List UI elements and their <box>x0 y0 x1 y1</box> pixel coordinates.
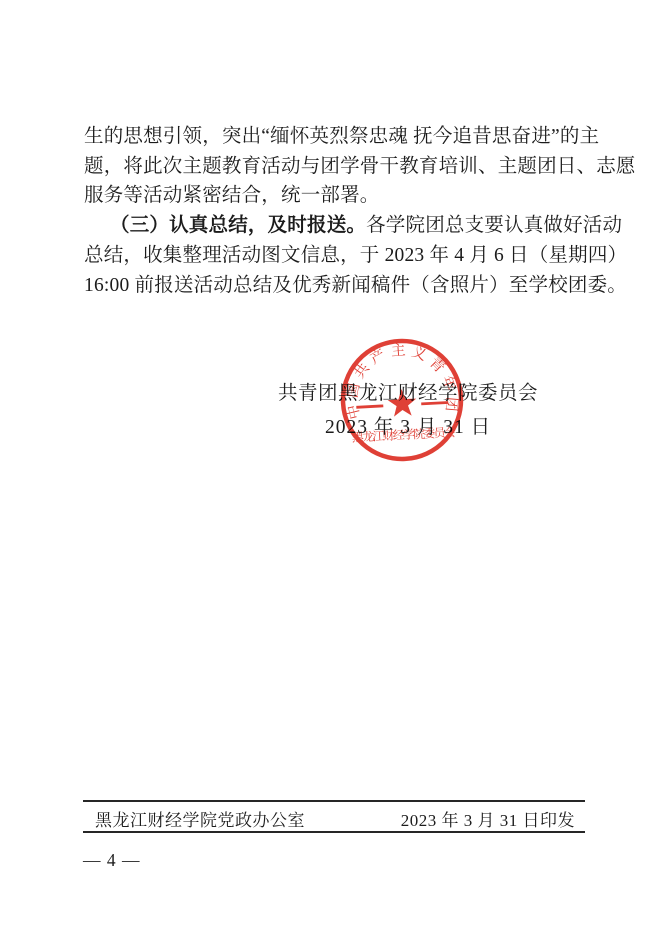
paragraph-lead-rest: 各学院团总支要认真做好活动 <box>366 215 622 236</box>
footer-divider-bottom <box>83 831 585 833</box>
footer-divider-top <box>83 800 585 802</box>
footer-imprint-row: 黑龙江财经学院党政办公室 2023 年 3 月 31 日印发 <box>83 806 585 830</box>
footer-print-date: 2023 年 3 月 31 日印发 <box>401 806 585 831</box>
document-body: 生的思想引领，突出“缅怀英烈祭忠魂 抚今追昔思奋进”的主 题，将此次主题教育活动… <box>84 122 594 300</box>
body-line-paragraph-lead: （三）认真总结，及时报送。各学院团总支要认真做好活动 <box>84 211 594 241</box>
body-line: 总结，收集整理活动图文信息，于 2023 年 4 月 6 日（星期四） <box>84 241 594 271</box>
body-line: 题，将此次主题教育活动与团学骨干教育培训、主题团日、志愿 <box>84 152 594 182</box>
body-line: 服务等活动紧密结合，统一部署。 <box>84 181 594 211</box>
body-line: 生的思想引领，突出“缅怀英烈祭忠魂 抚今追昔思奋进”的主 <box>84 122 594 152</box>
document-page: 生的思想引领，突出“缅怀英烈祭忠魂 抚今追昔思奋进”的主 题，将此次主题教育活动… <box>0 0 669 947</box>
seal-bottom-text: 黑龙江财经学院委员会 <box>351 424 456 444</box>
paragraph-lead-bold: （三）认真总结，及时报送。 <box>110 215 366 236</box>
body-line: 16:00 前报送活动总结及优秀新闻稿件（含照片）至学校团委。 <box>84 271 594 301</box>
footer-issuer: 黑龙江财经学院党政办公室 <box>83 806 305 831</box>
page-number: — 4 — <box>83 850 141 871</box>
official-seal-stamp: 中国共产主义青年团 黑龙江财经学院委员会 <box>318 316 486 484</box>
seal-star-icon <box>387 388 417 417</box>
